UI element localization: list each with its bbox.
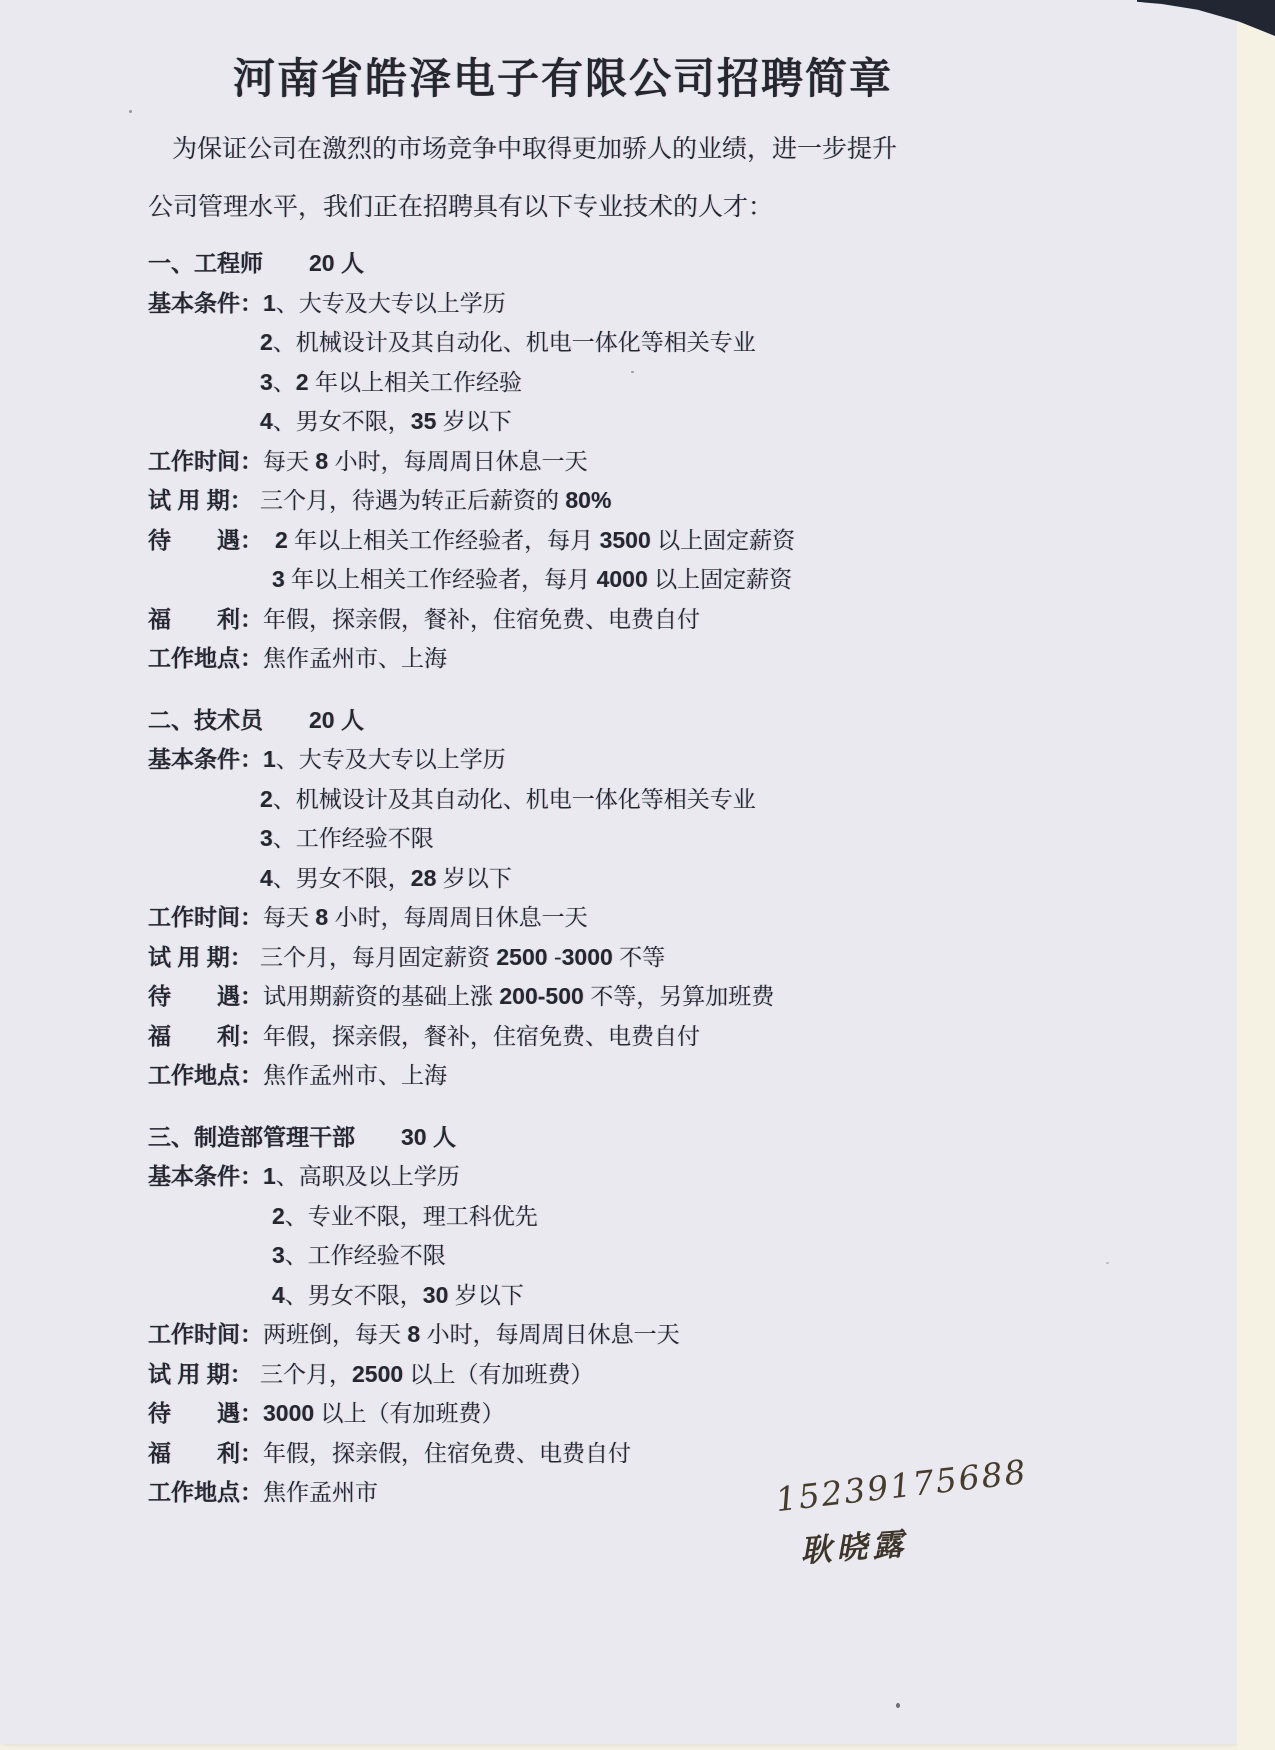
section-headcount: 20 人: [309, 244, 364, 284]
condition-item: 1、大专及大专以上学历: [263, 284, 506, 324]
label-spacer: [148, 780, 260, 820]
field-label: 基本条件：: [148, 740, 263, 780]
condition-row: 3、工作经验不限: [148, 819, 978, 859]
label-spacer: [148, 363, 260, 403]
field-row: 待 遇： 2 年以上相关工作经验者，每月 3500 以上固定薪资: [148, 521, 978, 561]
intro-paragraph: 为保证公司在激烈的市场竞争中取得更加骄人的业绩，进一步提升 公司管理水平，我们正…: [148, 120, 978, 236]
intro-line: 公司管理水平，我们正在招聘具有以下专业技术的人才：: [148, 178, 978, 236]
condition-item: 3、工作经验不限: [260, 1236, 446, 1276]
section-headcount: 30 人: [401, 1118, 456, 1158]
field-row: 工作地点： 焦作孟州市、上海: [148, 639, 978, 679]
job-section-manufacturing-manager: 三、制造部管理干部 30 人 基本条件： 1、高职及以上学历 2、专业不限，理工…: [148, 1118, 978, 1513]
label-spacer: [148, 1197, 260, 1237]
field-label: 试 用 期：: [148, 1355, 260, 1395]
label-spacer: [148, 323, 260, 363]
label-spacer: [148, 1276, 260, 1316]
field-value: 两班倒，每天 8 小时，每周周日休息一天: [263, 1315, 680, 1355]
scanner-edge-strip: [1237, 0, 1275, 1750]
field-label: 工作时间：: [148, 1315, 263, 1355]
field-value: 三个月，每月固定薪资 2500 -3000 不等: [260, 938, 665, 978]
field-label: 工作时间：: [148, 898, 263, 938]
label-spacer: [148, 1236, 260, 1276]
condition-item: 2、专业不限，理工科优先: [260, 1197, 538, 1237]
field-value: 年假，探亲假，餐补，住宿免费、电费自付: [263, 1017, 700, 1057]
field-label: 工作地点：: [148, 639, 263, 679]
job-sections: 一、工程师 20 人 基本条件： 1、大专及大专以上学历 2、机械设计及其自动化…: [148, 244, 978, 1513]
field-row: 试 用 期： 三个月，2500 以上（有加班费）: [148, 1355, 978, 1395]
field-value: 年假，探亲假，住宿免费、电费自付: [263, 1434, 631, 1474]
field-value: 焦作孟州市、上海: [263, 639, 447, 679]
field-value: 每天 8 小时，每周周日休息一天: [263, 442, 588, 482]
field-value: 3 年以上相关工作经验者，每月 4000 以上固定薪资: [260, 560, 792, 600]
label-spacer: [148, 819, 260, 859]
condition-row: 基本条件： 1、大专及大专以上学历: [148, 740, 978, 780]
field-label: 试 用 期：: [148, 481, 260, 521]
condition-item: 4、男女不限，30 岁以下: [260, 1276, 524, 1316]
field-row: 试 用 期： 三个月，待遇为转正后薪资的 80%: [148, 481, 978, 521]
scanned-recruitment-notice: { "document": { "title": "河南省皓泽电子有限公司招聘简…: [0, 0, 1275, 1750]
field-label: 福 利：: [148, 1434, 263, 1474]
condition-item: 1、高职及以上学历: [263, 1157, 460, 1197]
condition-row: 2、机械设计及其自动化、机电一体化等相关专业: [148, 780, 978, 820]
condition-item: 3、2 年以上相关工作经验: [260, 363, 522, 403]
intro-line: 为保证公司在激烈的市场竞争中取得更加骄人的业绩，进一步提升: [148, 120, 978, 178]
field-row: 工作地点： 焦作孟州市、上海: [148, 1056, 978, 1096]
field-value: 三个月，待遇为转正后薪资的 80%: [260, 481, 611, 521]
field-label: 待 遇：: [148, 977, 263, 1017]
condition-row: 2、专业不限，理工科优先: [148, 1197, 978, 1237]
condition-item: 3、工作经验不限: [260, 819, 434, 859]
label-spacer: [148, 402, 260, 442]
condition-row: 2、机械设计及其自动化、机电一体化等相关专业: [148, 323, 978, 363]
condition-row: 基本条件： 1、高职及以上学历: [148, 1157, 978, 1197]
field-label: 基本条件：: [148, 1157, 263, 1197]
condition-row: 3、工作经验不限: [148, 1236, 978, 1276]
condition-item: 1、大专及大专以上学历: [263, 740, 506, 780]
field-row: 试 用 期： 三个月，每月固定薪资 2500 -3000 不等: [148, 938, 978, 978]
field-label: 待 遇：: [148, 1394, 263, 1434]
job-section-engineer: 一、工程师 20 人 基本条件： 1、大专及大专以上学历 2、机械设计及其自动化…: [148, 244, 978, 679]
handwritten-signature: 耿晓露: [799, 1518, 910, 1570]
condition-row: 3、2 年以上相关工作经验: [148, 363, 978, 403]
condition-row: 4、男女不限，28 岁以下: [148, 859, 978, 899]
field-value: 年假，探亲假，餐补，住宿免费、电费自付: [263, 600, 700, 640]
label-spacer: [148, 859, 260, 899]
field-value: 3000 以上（有加班费）: [263, 1394, 505, 1434]
section-headcount: 20 人: [309, 701, 364, 741]
field-value: 每天 8 小时，每周周日休息一天: [263, 898, 588, 938]
section-heading: 一、工程师: [148, 244, 263, 284]
condition-item: 4、男女不限，35 岁以下: [260, 402, 512, 442]
field-label: 福 利：: [148, 1017, 263, 1057]
condition-row: 基本条件： 1、大专及大专以上学历: [148, 284, 978, 324]
condition-item: 2、机械设计及其自动化、机电一体化等相关专业: [260, 780, 756, 820]
field-value: 焦作孟州市、上海: [263, 1056, 447, 1096]
section-heading-row: 二、技术员 20 人: [148, 701, 978, 741]
condition-item: 4、男女不限，28 岁以下: [260, 859, 512, 899]
field-label: 待 遇：: [148, 521, 263, 561]
field-row: 待 遇： 3000 以上（有加班费）: [148, 1394, 978, 1434]
section-heading-row: 一、工程师 20 人: [148, 244, 978, 284]
field-value: 试用期薪资的基础上涨 200-500 不等，另算加班费: [263, 977, 774, 1017]
field-row: 福 利： 年假，探亲假，餐补，住宿免费、电费自付: [148, 1017, 978, 1057]
field-row: 3 年以上相关工作经验者，每月 4000 以上固定薪资: [148, 560, 978, 600]
field-label: 试 用 期：: [148, 938, 260, 978]
ink-speck: [129, 110, 132, 113]
document-title: 河南省皓泽电子有限公司招聘简章: [148, 54, 978, 104]
field-row: 工作时间： 每天 8 小时，每周周日休息一天: [148, 442, 978, 482]
ink-speck: [896, 1703, 900, 1708]
field-row: 福 利： 年假，探亲假，餐补，住宿免费、电费自付: [148, 600, 978, 640]
condition-row: 4、男女不限，35 岁以下: [148, 402, 978, 442]
condition-row: 4、男女不限，30 岁以下: [148, 1276, 978, 1316]
field-label: 基本条件：: [148, 284, 263, 324]
field-label: 福 利：: [148, 600, 263, 640]
field-row: 福 利： 年假，探亲假，住宿免费、电费自付: [148, 1434, 978, 1474]
document-content: 河南省皓泽电子有限公司招聘简章 为保证公司在激烈的市场竞争中取得更加骄人的业绩，…: [148, 0, 978, 1513]
label-spacer: [148, 560, 260, 600]
field-label: 工作时间：: [148, 442, 263, 482]
job-section-technician: 二、技术员 20 人 基本条件： 1、大专及大专以上学历 2、机械设计及其自动化…: [148, 701, 978, 1096]
field-value: 2 年以上相关工作经验者，每月 3500 以上固定薪资: [263, 521, 795, 561]
section-heading: 三、制造部管理干部: [148, 1118, 355, 1158]
field-row: 工作时间： 每天 8 小时，每周周日休息一天: [148, 898, 978, 938]
section-heading-row: 三、制造部管理干部 30 人: [148, 1118, 978, 1158]
section-heading: 二、技术员: [148, 701, 263, 741]
field-label: 工作地点：: [148, 1473, 263, 1513]
field-row: 待 遇： 试用期薪资的基础上涨 200-500 不等，另算加班费: [148, 977, 978, 1017]
ink-speck: [1106, 1262, 1109, 1264]
field-value: 焦作孟州市: [263, 1473, 378, 1513]
field-label: 工作地点：: [148, 1056, 263, 1096]
condition-item: 2、机械设计及其自动化、机电一体化等相关专业: [260, 323, 756, 363]
field-row: 工作时间： 两班倒，每天 8 小时，每周周日休息一天: [148, 1315, 978, 1355]
field-value: 三个月，2500 以上（有加班费）: [260, 1355, 594, 1395]
